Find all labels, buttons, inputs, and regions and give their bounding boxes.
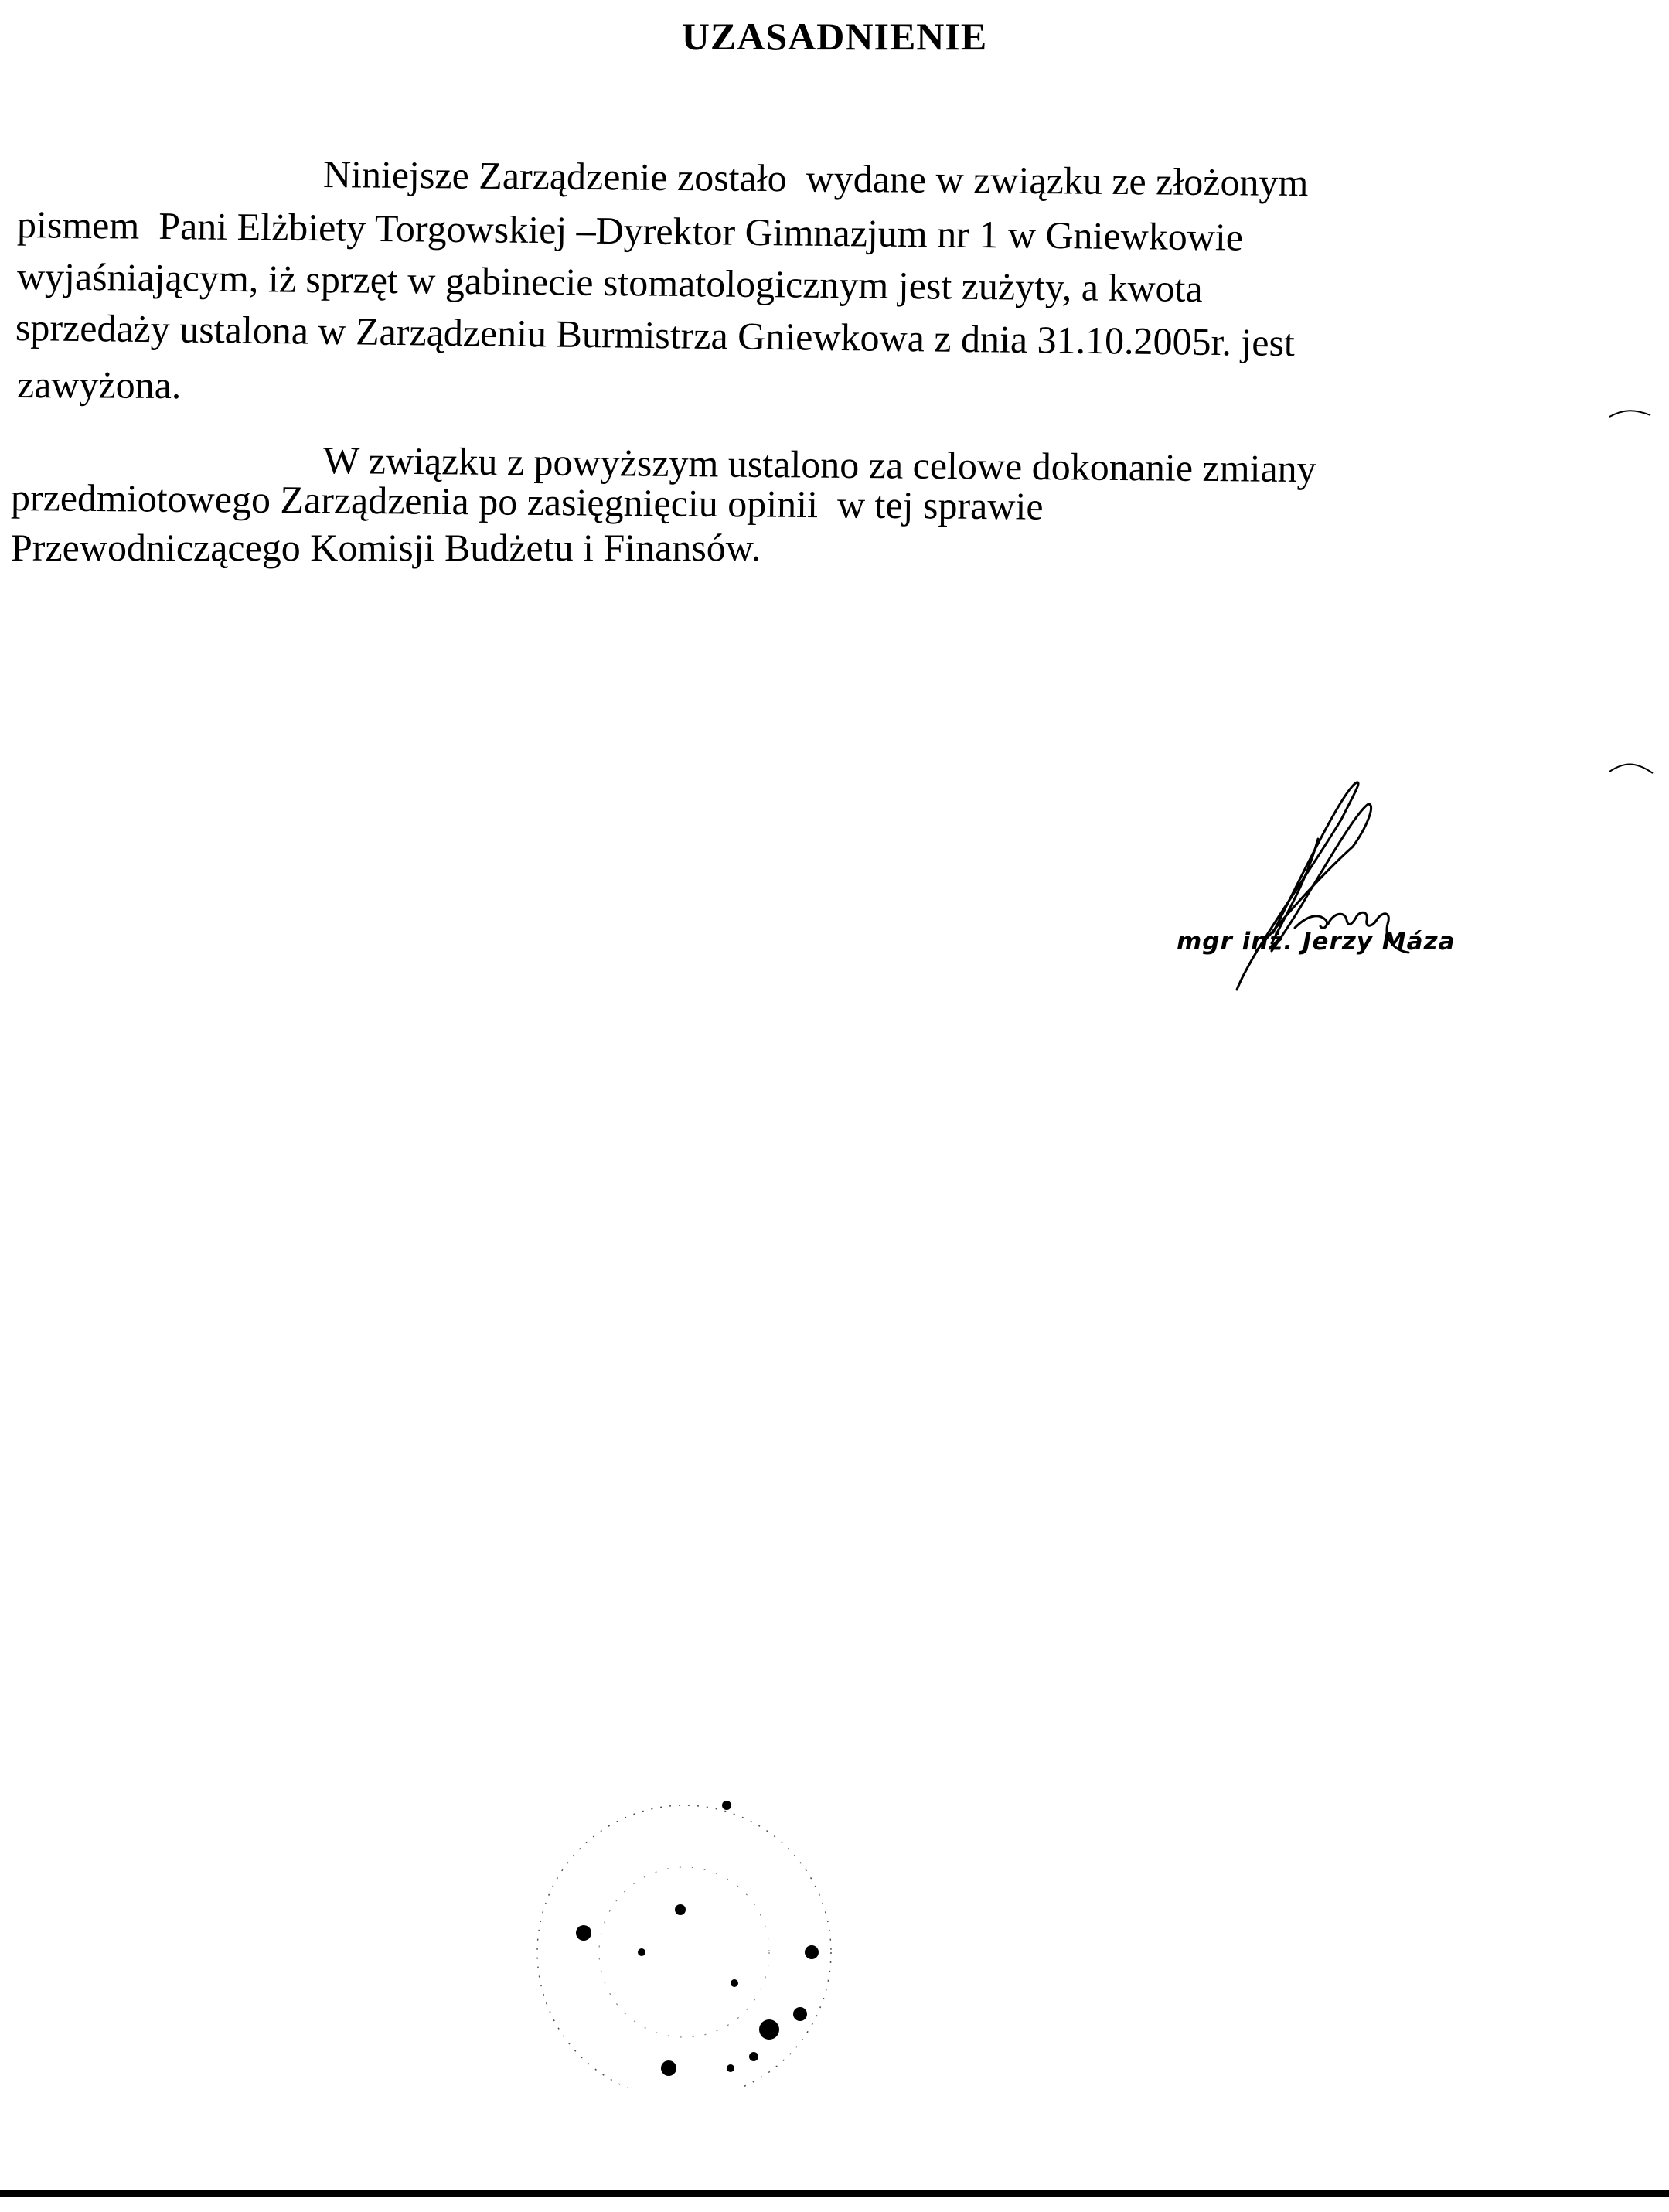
handwritten-signature-icon bbox=[1121, 773, 1554, 1021]
paragraph-2-line-2: przedmiotowego Zarządzenia po zasięgnięc… bbox=[11, 478, 1044, 526]
scan-artifact-icon bbox=[1608, 406, 1654, 421]
signatory-name: mgr inż. Jerzy Máza bbox=[1177, 928, 1456, 956]
paragraph-1-line-4: sprzedaży ustalona w Zarządzeniu Burmist… bbox=[15, 308, 1296, 362]
paragraph-1-line-5: zawyżona. bbox=[17, 365, 182, 404]
official-stamp-icon bbox=[495, 1755, 850, 2088]
document-title: UZASADNIENIE bbox=[0, 14, 1669, 59]
paragraph-1-line-3: wyjaśniającym, iż sprzęt w gabinecie sto… bbox=[17, 257, 1203, 308]
paragraph-2-line-3: Przewodniczącego Komisji Budżetu i Finan… bbox=[11, 528, 761, 567]
scan-artifact-icon bbox=[1608, 758, 1654, 776]
signature-block: mgr inż. Jerzy Máza bbox=[1121, 773, 1554, 1021]
bottom-border-line bbox=[0, 2190, 1669, 2197]
paragraph-1-line-2: pismem Pani Elżbiety Torgowskiej –Dyrekt… bbox=[17, 205, 1243, 257]
paragraph-1-line-1: Niniejsze Zarządzenie zostało wydane w z… bbox=[323, 155, 1309, 202]
